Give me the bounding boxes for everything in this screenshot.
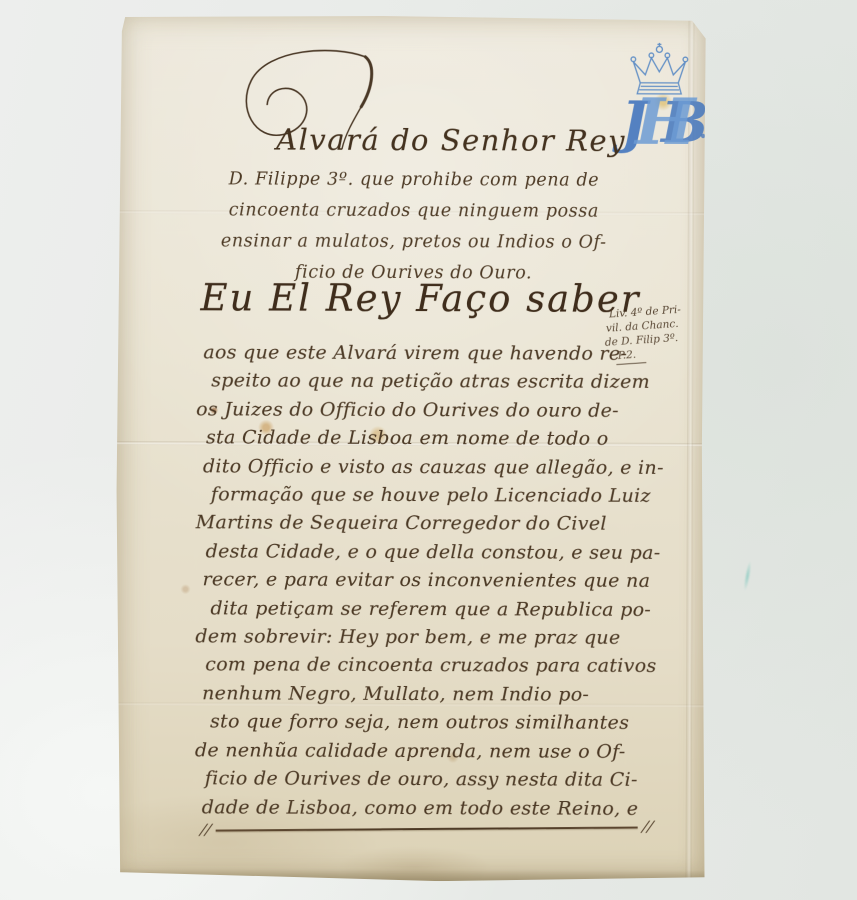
opening-line: Eu El Rey Faço saber	[200, 276, 670, 321]
manuscript-line: dem sobrevir: Hey por bem, e me praz que	[195, 622, 661, 652]
teal-smudge-mark	[741, 556, 755, 597]
manuscript-line: dito Officio e visto as cauzas que alleg…	[203, 452, 662, 482]
manuscript-line: aos que este Alvará virem que havendo re…	[203, 338, 662, 368]
manuscript-line: desta Cidade, e o que della constou, e s…	[206, 537, 662, 567]
body-text-block: aos que este Alvará virem que havendo re…	[193, 338, 663, 823]
manuscript-line: nenhum Negro, Mullato, nem Indio po-	[202, 679, 661, 709]
manuscript-line: speito ao que na petição atras escrita d…	[211, 367, 662, 397]
manuscript-page: J B H Alvará do Senhor Rey D. Filippe 3º…	[114, 14, 707, 882]
manuscript-line: D. Filippe 3º. que prohibe com pena de	[179, 164, 649, 197]
manuscript-line: sto que forro seja, nem outros similhant…	[210, 708, 661, 738]
manuscript-line: ensinar a mulatos, pretos ou Indios o Of…	[179, 226, 649, 259]
ink-rule-line	[216, 826, 638, 831]
manuscript-line: sta Cidade de Lisboa em nome de todo o	[206, 424, 662, 454]
manuscript-line: dade de Lisboa, como em todo este Reino,…	[202, 793, 661, 823]
svg-text:H: H	[633, 85, 698, 160]
manuscript-line: dita petiçam se referem que a Republica …	[210, 594, 661, 624]
photo-background: J B H Alvará do Senhor Rey D. Filippe 3º…	[0, 0, 857, 900]
closing-rule: // //	[201, 819, 653, 837]
manuscript-line: cincoenta cruzados que ninguem possa	[179, 195, 649, 228]
page-title: Alvará do Senhor Rey	[275, 123, 627, 158]
rule-end-mark: //	[199, 823, 212, 838]
subtitle-block: D. Filippe 3º. que prohibe com pena de c…	[179, 164, 649, 290]
manuscript-line: Martins de Sequeira Corregedor do Civel	[196, 509, 662, 539]
manuscript-line: formação que se houve pelo Licenciado Lu…	[211, 480, 662, 510]
manuscript-line: os Juizes do Officio do Ourives do ouro …	[196, 395, 662, 425]
manuscript-line: ficio de Ourives de ouro, assy nesta dit…	[205, 764, 661, 794]
rule-end-mark: //	[641, 819, 654, 834]
manuscript-line: recer, e para evitar os inconvenientes q…	[202, 566, 661, 596]
manuscript-line: de nenhũa calidade aprenda, nem use o Of…	[195, 736, 661, 766]
manuscript-line: com pena de cincoenta cruzados para cati…	[205, 651, 661, 681]
